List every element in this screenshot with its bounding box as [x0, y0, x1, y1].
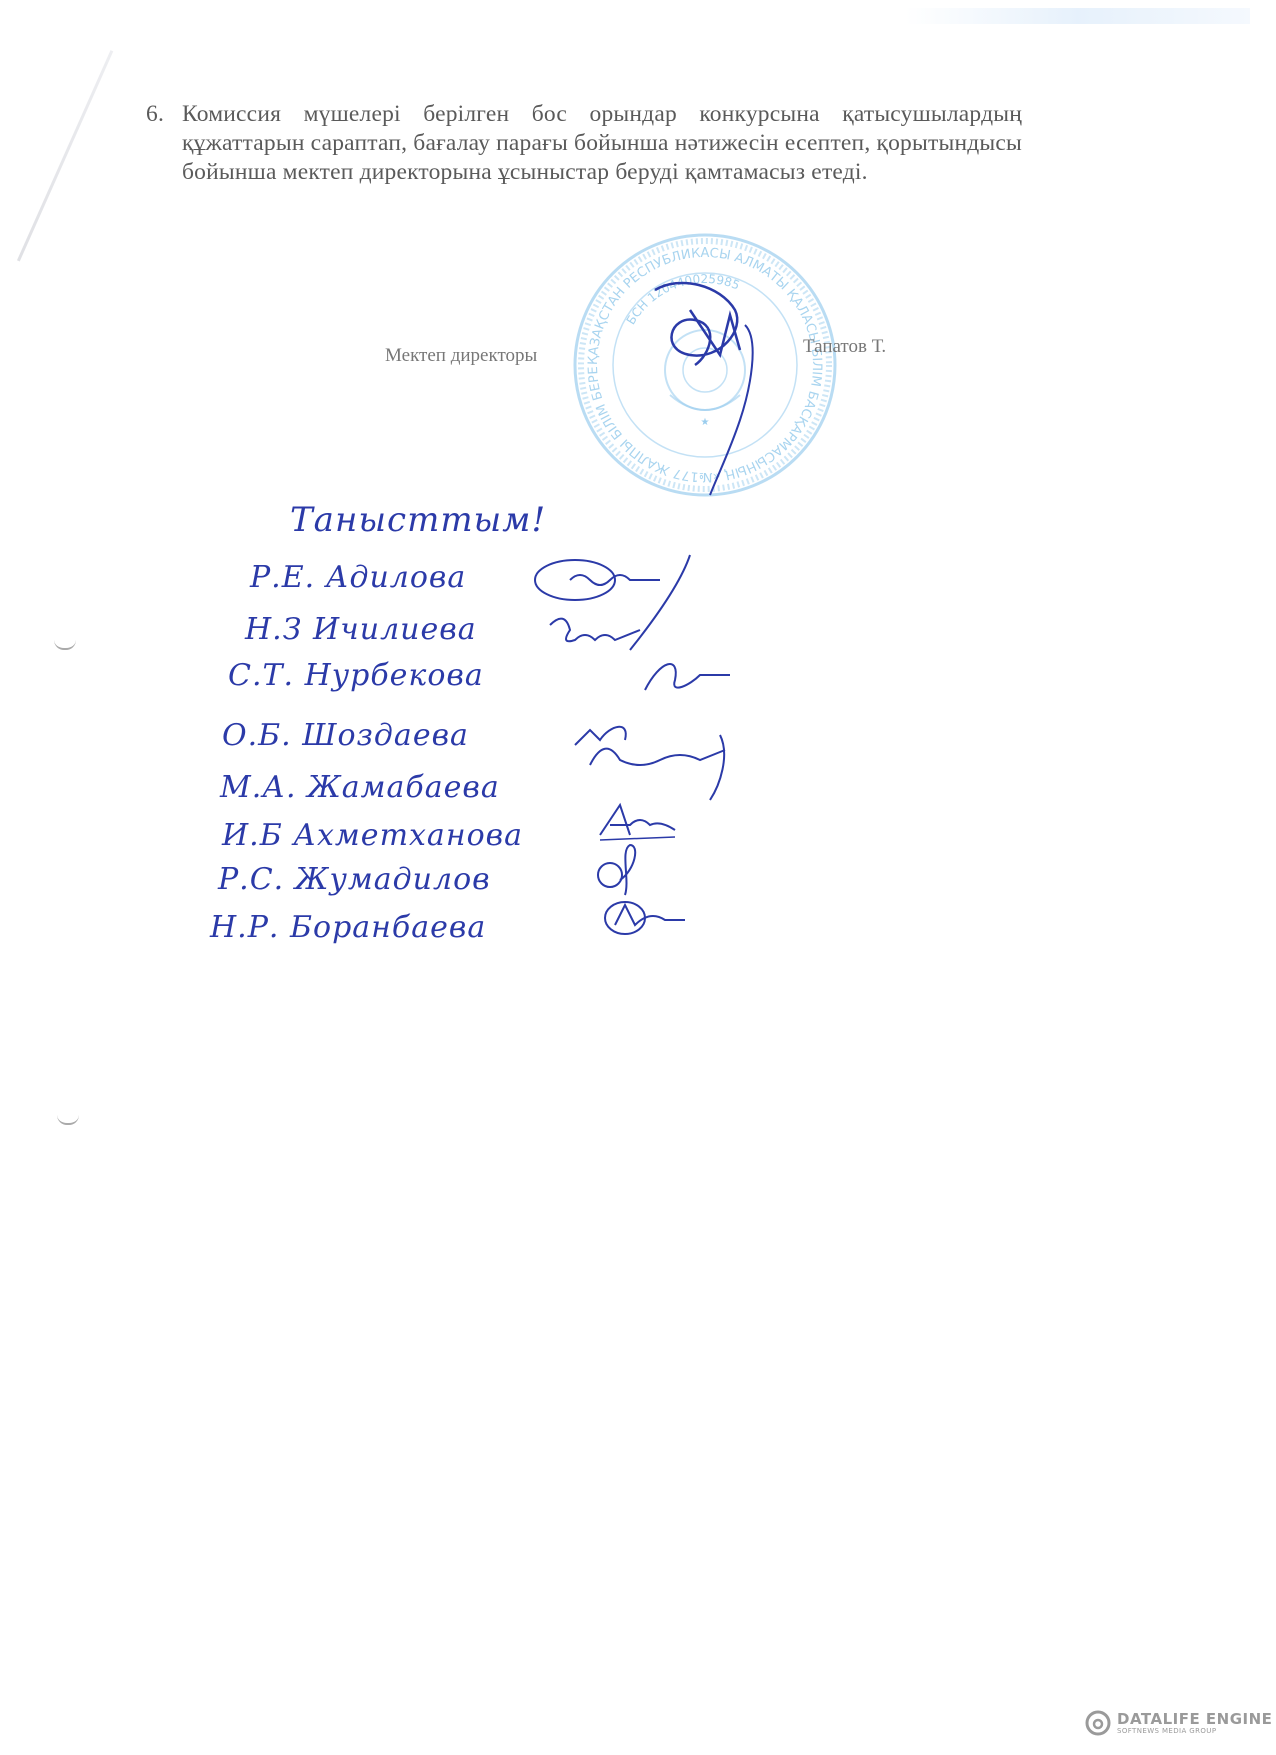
member-row: Р.С. Жумадилов: [218, 862, 491, 897]
clause-6: 6. Комиссия мүшелері берілген бос орында…: [146, 100, 1022, 187]
member-surname: Жумадилов: [295, 862, 491, 897]
member-signature: [600, 890, 690, 940]
watermark-subtitle: SOFTNEWS MEDIA GROUP: [1117, 1727, 1272, 1735]
scan-edge-line: [17, 50, 113, 261]
member-initials: М.А.: [220, 770, 297, 805]
datalife-logo-icon: [1085, 1710, 1111, 1736]
member-surname: Жамабаева: [307, 770, 500, 805]
member-row: Н.Р. Боранбаева: [210, 910, 486, 945]
member-row: О.Б. Шоздаева: [222, 718, 469, 753]
member-row: С.Т. Нурбекова: [228, 658, 484, 693]
member-initials: Н.Р.: [210, 910, 279, 945]
member-row: М.А. Жамабаева: [220, 770, 500, 805]
member-initials: С.Т.: [228, 658, 294, 693]
watermark-title: DATALIFE ENGINE: [1117, 1712, 1272, 1727]
punch-hole-mark: [57, 1115, 79, 1125]
member-surname: Ичилиева: [313, 612, 477, 647]
director-name: Тапатов Т.: [803, 336, 886, 358]
acquainted-heading: Танысттым!: [290, 500, 546, 540]
member-surname: Шоздаева: [302, 718, 469, 753]
member-initials: Р.Е.: [250, 560, 315, 595]
member-signature: [570, 705, 740, 805]
director-signature: [650, 270, 770, 500]
member-initials: И.Б: [222, 818, 283, 853]
clause-text: Комиссия мүшелері берілген бос орындар к…: [182, 100, 1022, 187]
member-row: И.Б Ахметханова: [222, 818, 523, 853]
clause-number: 6.: [146, 100, 164, 129]
director-label: Мектеп директоры: [385, 345, 537, 367]
member-initials: Р.С.: [218, 862, 284, 897]
member-surname: Ахметханова: [293, 818, 523, 853]
scanned-page: 6. Комиссия мүшелері берілген бос орында…: [0, 0, 1276, 1755]
scan-artifact-band: [905, 8, 1250, 24]
member-signature: [595, 795, 685, 845]
member-surname: Боранбаева: [290, 910, 486, 945]
member-row: Н.З Ичилиева: [245, 612, 477, 647]
punch-hole-mark: [54, 640, 76, 650]
member-surname: Нурбекова: [305, 658, 484, 693]
member-initials: Н.З: [245, 612, 302, 647]
member-row: Р.Е. Адилова: [250, 560, 466, 595]
member-surname: Адилова: [326, 560, 467, 595]
datalife-watermark: DATALIFE ENGINE SOFTNEWS MEDIA GROUP: [1085, 1710, 1272, 1736]
member-signature: [545, 610, 645, 650]
member-initials: О.Б.: [222, 718, 292, 753]
member-signature: [640, 650, 740, 700]
